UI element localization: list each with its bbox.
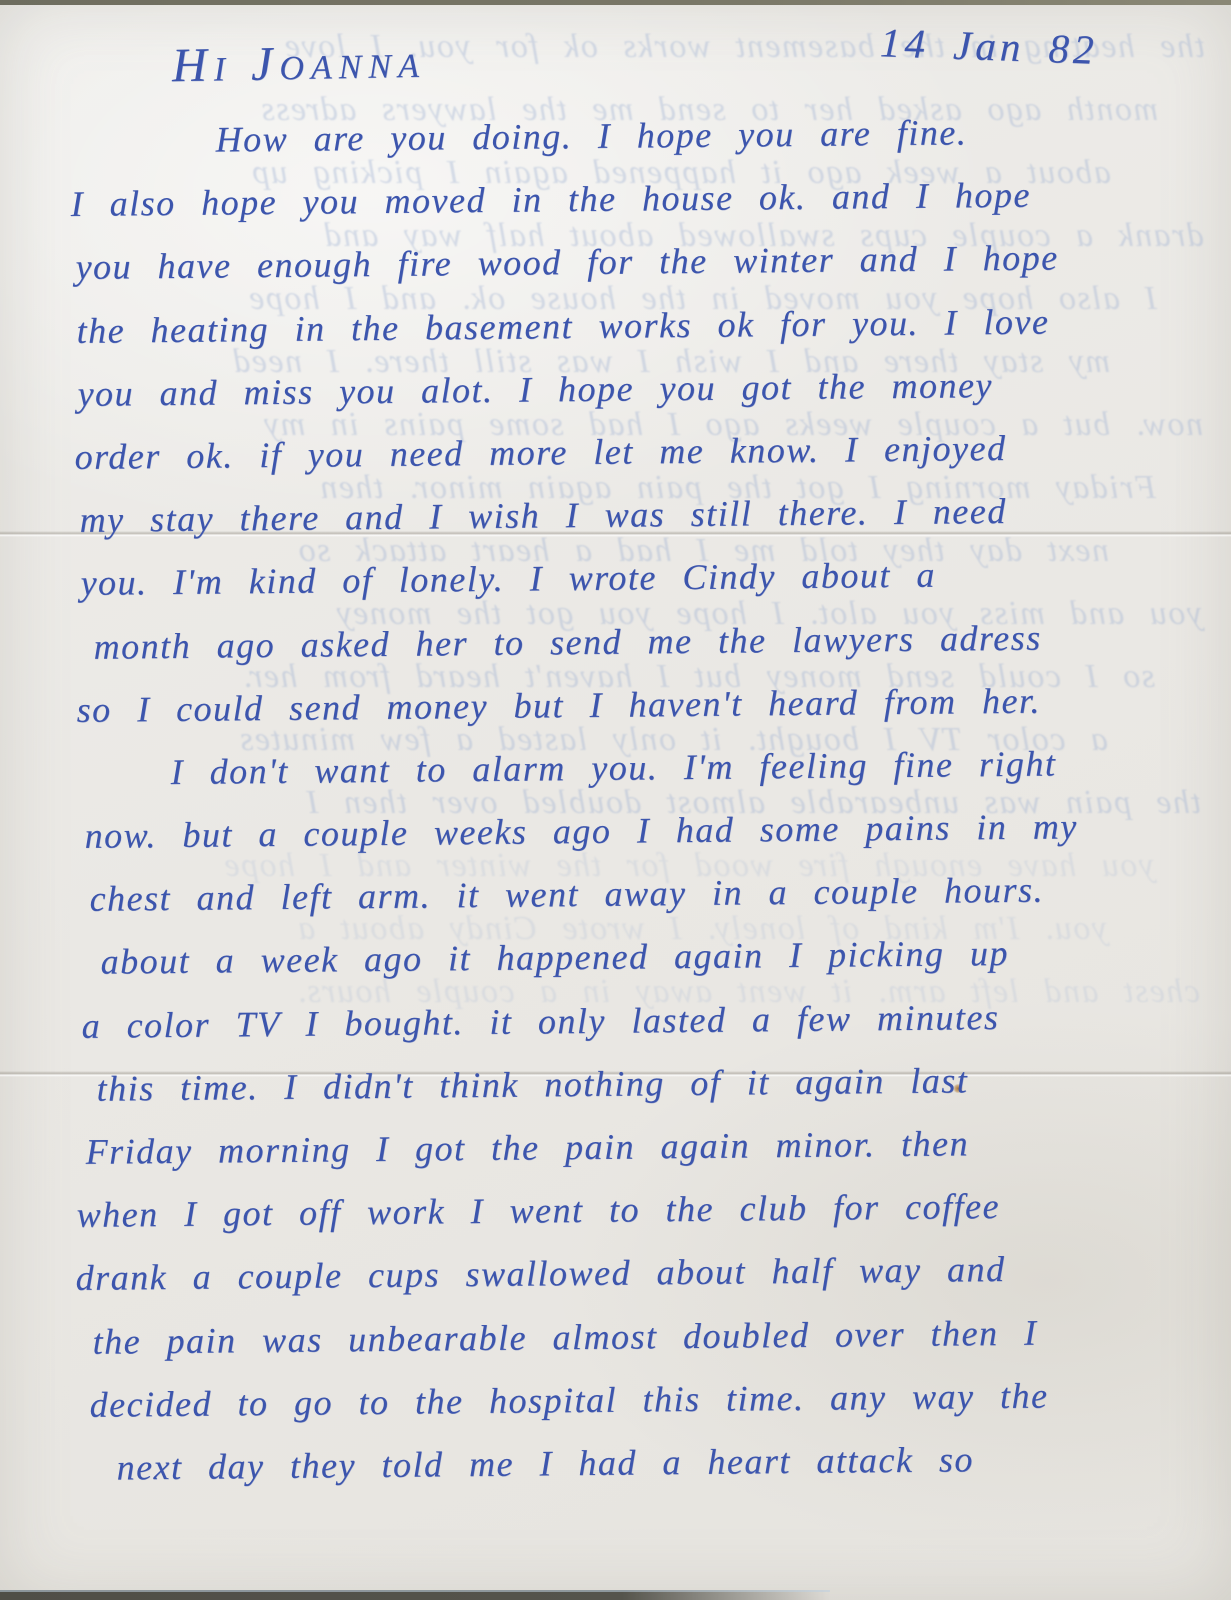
letter-line: the heating in the basement works ok for… <box>65 299 1213 373</box>
letter-body: How are you doing. I hope you are fine.I… <box>66 120 1213 1510</box>
letter-line: you. I'm kind of lonely. I wrote Cindy a… <box>65 551 1213 625</box>
letter-line: the pain was unbearable almost doubled o… <box>65 1310 1213 1384</box>
letter-line: a color TV I bought. it only lasted a fe… <box>65 994 1213 1068</box>
letter-line: next day they told me I had a heart atta… <box>65 1436 1213 1510</box>
letter-line: about a week ago it happened again I pic… <box>65 930 1213 1004</box>
letter-line: you and miss you alot. I hope you got th… <box>65 362 1213 436</box>
letter-line: I don't want to alarm you. I'm feeling f… <box>65 741 1213 815</box>
letter-line: decided to go to the hospital this time.… <box>65 1373 1213 1447</box>
letter-page: the heating in the basement works ok for… <box>0 0 1231 1600</box>
scan-edge-top <box>0 0 1231 5</box>
letter-greeting: Hi Joanna <box>172 34 427 93</box>
scan-edge-bottom <box>0 1590 830 1600</box>
letter-line: when I got off work I went to the club f… <box>65 1183 1213 1257</box>
letter-line: you have enough fire wood for the winter… <box>65 235 1213 309</box>
letter-line: drank a couple cups swallowed about half… <box>65 1246 1213 1320</box>
letter-line: order ok. if you need more let me know. … <box>65 425 1213 499</box>
letter-line: chest and left arm. it went away in a co… <box>65 867 1213 941</box>
letter-date: 14 Jan 82 <box>879 18 1098 74</box>
letter-line: month ago asked her to send me the lawye… <box>65 614 1213 688</box>
letter-line: this time. I didn't think nothing of it … <box>65 1057 1213 1131</box>
letter-line: so I could send money but I haven't hear… <box>65 678 1213 752</box>
letter-line: Friday morning I got the pain again mino… <box>65 1120 1213 1194</box>
letter-line: I also hope you moved in the house ok. a… <box>65 172 1213 246</box>
letter-line: How are you doing. I hope you are fine. <box>65 109 1213 183</box>
letter-line: now. but a couple weeks ago I had some p… <box>65 804 1213 878</box>
letter-line: my stay there and I wish I was still the… <box>65 488 1213 562</box>
